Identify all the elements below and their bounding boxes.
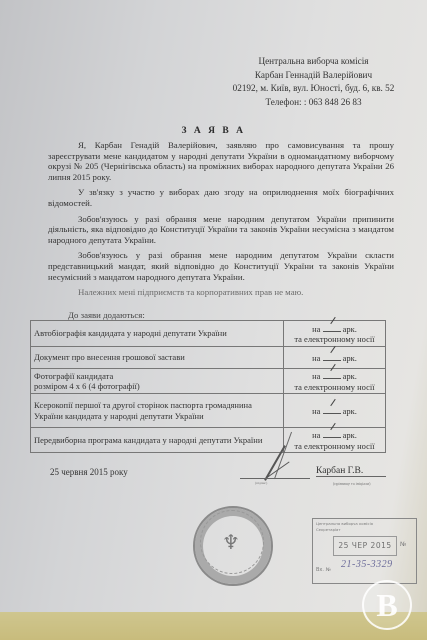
- handwritten-mark-icon: [330, 316, 335, 323]
- document-date: 25 червня 2015 року: [50, 467, 128, 477]
- electronic-media-note: та електронному носії: [294, 334, 374, 344]
- signer-name: Карбан Г.В.: [316, 466, 386, 477]
- paragraph-corporate-rights: Належних мені підприємств та корпоративн…: [48, 287, 394, 298]
- table-row: Автобіографія кандидата у народні депута…: [31, 321, 386, 347]
- attachment-name: Автобіографія кандидата у народні депута…: [31, 321, 284, 347]
- pages-suffix: арк.: [343, 371, 357, 381]
- pages-prefix: на: [312, 371, 320, 381]
- electronic-media-note: та електронному носії: [294, 382, 374, 392]
- coat-of-arms-icon: ♆: [222, 530, 240, 554]
- signature-line: [240, 478, 310, 479]
- sender-phone: Телефон: : 063 848 26 83: [200, 96, 427, 110]
- attachment-pages: на арк. та електронному носії: [284, 321, 386, 347]
- pages-count-field: [323, 405, 341, 414]
- signature-caption: (підпис): [255, 481, 267, 485]
- table-row: Фотографії кандидата розміром 4 х 6 (4 ф…: [31, 369, 386, 394]
- pages-prefix: на: [312, 430, 320, 440]
- paragraph-commitment-mandate: Зобов'язуюсь у разі обрання мене народни…: [48, 250, 394, 282]
- electronic-media-note: та електронному носії: [294, 441, 374, 451]
- stamp-no-label: №: [400, 541, 406, 548]
- attachment-pages: на арк. та електронному носії: [284, 369, 386, 394]
- attachment-name: Передвиборна програма кандидата у народн…: [31, 428, 284, 453]
- table-row: Передвиборна програма кандидата у народн…: [31, 428, 386, 453]
- stamp-dept: Секретаріат: [316, 527, 341, 532]
- stamp-org: Центральна виборча комісія: [316, 521, 373, 526]
- handwritten-mark-icon: [330, 346, 335, 353]
- paragraph-commitment-activity: Зобов'язуюсь у разі обрання мене народни…: [48, 214, 394, 246]
- pages-prefix: на: [312, 353, 320, 363]
- table-row: Ксерокопії першої та другої сторінок пас…: [31, 394, 386, 428]
- handwritten-mark-icon: [330, 399, 335, 406]
- attachments-table: Автобіографія кандидата у народні депута…: [30, 320, 386, 453]
- watermark-logo-icon: В: [362, 580, 412, 630]
- pages-count-field: [323, 370, 341, 379]
- attachment-name: Фотографії кандидата розміром 4 х 6 (4 ф…: [31, 369, 284, 394]
- stamp-reg-number: 21-35-3329: [341, 559, 393, 570]
- pages-prefix: на: [312, 406, 320, 416]
- pages-count-field: [323, 429, 341, 438]
- registration-stamp: Центральна виборча комісія Секретаріат 2…: [312, 518, 417, 584]
- document-page: Центральна виборча комісія Карбан Геннад…: [0, 0, 427, 612]
- paragraph-registration: Я, Карбан Генадій Валерійович, заявляю п…: [48, 140, 394, 182]
- pages-count-field: [323, 323, 341, 332]
- recipient: Центральна виборча комісія: [200, 55, 427, 69]
- table-row: Документ про внесення грошової застави н…: [31, 347, 386, 369]
- stamp-date: 25 ЧЕР 2015: [333, 536, 397, 556]
- sender-address: 02192, м. Київ, вул. Юності, буд. 6, кв.…: [200, 82, 427, 96]
- stamp-incoming-label: Вх. №: [316, 567, 331, 573]
- attachment-name: Ксерокопії першої та другої сторінок пас…: [31, 394, 284, 428]
- attachment-pages: на арк. та електронному носії: [284, 428, 386, 453]
- desk-surface: [0, 612, 427, 640]
- signer-caption: (прізвище та ініціали): [333, 481, 371, 486]
- pages-suffix: арк.: [343, 353, 357, 363]
- attachments-label: До заяви додаються:: [68, 310, 145, 320]
- statement-body: Я, Карбан Генадій Валерійович, заявляю п…: [48, 140, 394, 303]
- pages-count-field: [323, 352, 341, 361]
- paragraph-consent: У зв'язку з участю у виборах даю згоду н…: [48, 187, 394, 208]
- document-title: З А Я В А: [30, 126, 397, 136]
- sender-name: Карбан Геннадій Валерійович: [200, 69, 427, 83]
- pages-suffix: арк.: [343, 430, 357, 440]
- pages-suffix: арк.: [343, 406, 357, 416]
- pages-prefix: на: [312, 324, 320, 334]
- pages-suffix: арк.: [343, 324, 357, 334]
- attachment-name: Документ про внесення грошової застави: [31, 347, 284, 369]
- addressee-block: Центральна виборча комісія Карбан Геннад…: [200, 55, 427, 109]
